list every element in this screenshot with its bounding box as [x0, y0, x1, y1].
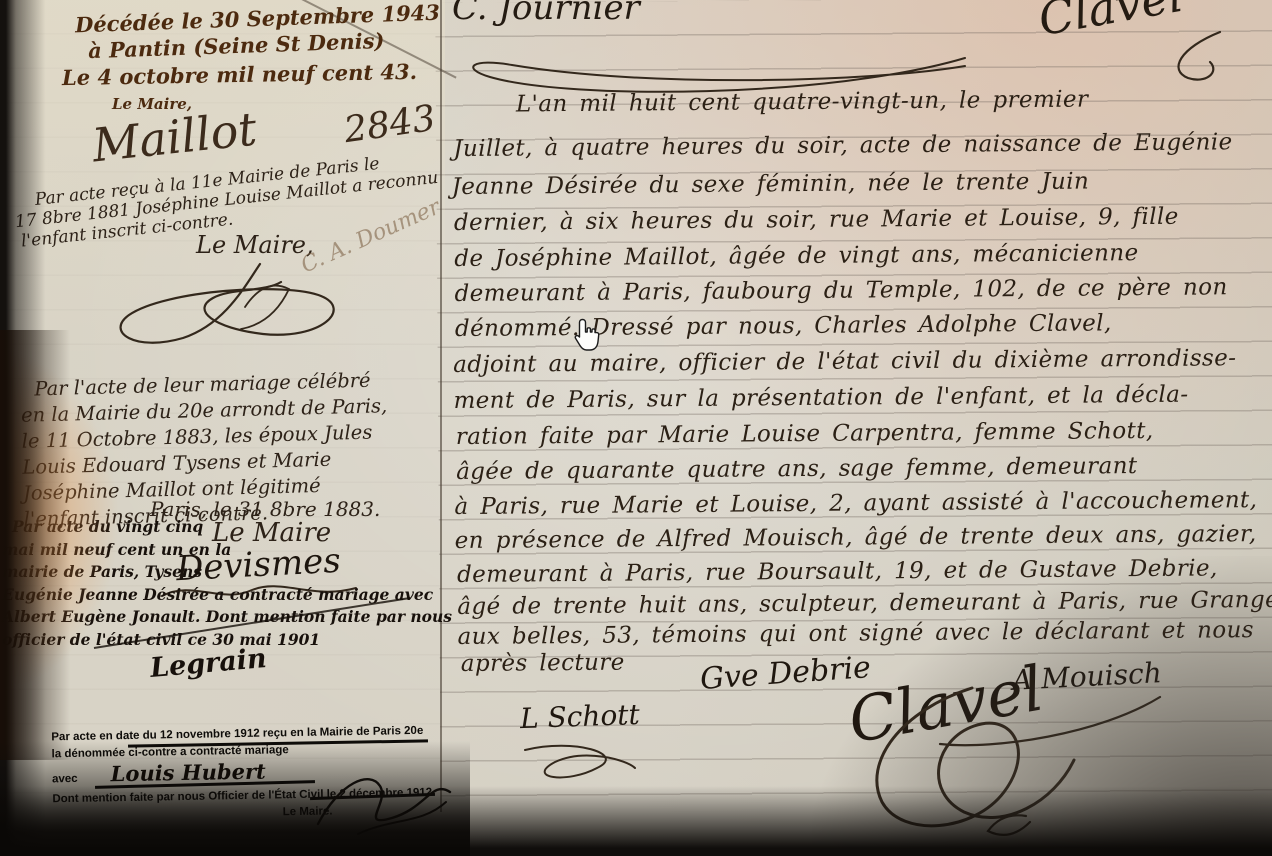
hand-cursor-icon	[574, 318, 600, 356]
previous-act-paraph	[1150, 28, 1230, 88]
photo-edge-bottom	[0, 786, 1272, 856]
register-photo[interactable]: Décédée le 30 Septembre 1943 à Pantin (S…	[0, 0, 1272, 856]
previous-act-signature-left: C. Journier	[452, 0, 640, 28]
margin-divider-line	[440, 0, 442, 812]
act-line: Jeanne Désirée du sexe féminin, née le t…	[452, 169, 1090, 201]
act-line: après lecture	[461, 650, 625, 677]
signature-flourish-1881	[95, 252, 365, 357]
photo-edge-left-lower	[0, 330, 90, 760]
signature-paraph-schott	[515, 738, 645, 793]
act-line: L'an mil huit cent quatre-vingt-un, le p…	[516, 87, 1089, 118]
signature-schott: L Schott	[519, 698, 640, 735]
